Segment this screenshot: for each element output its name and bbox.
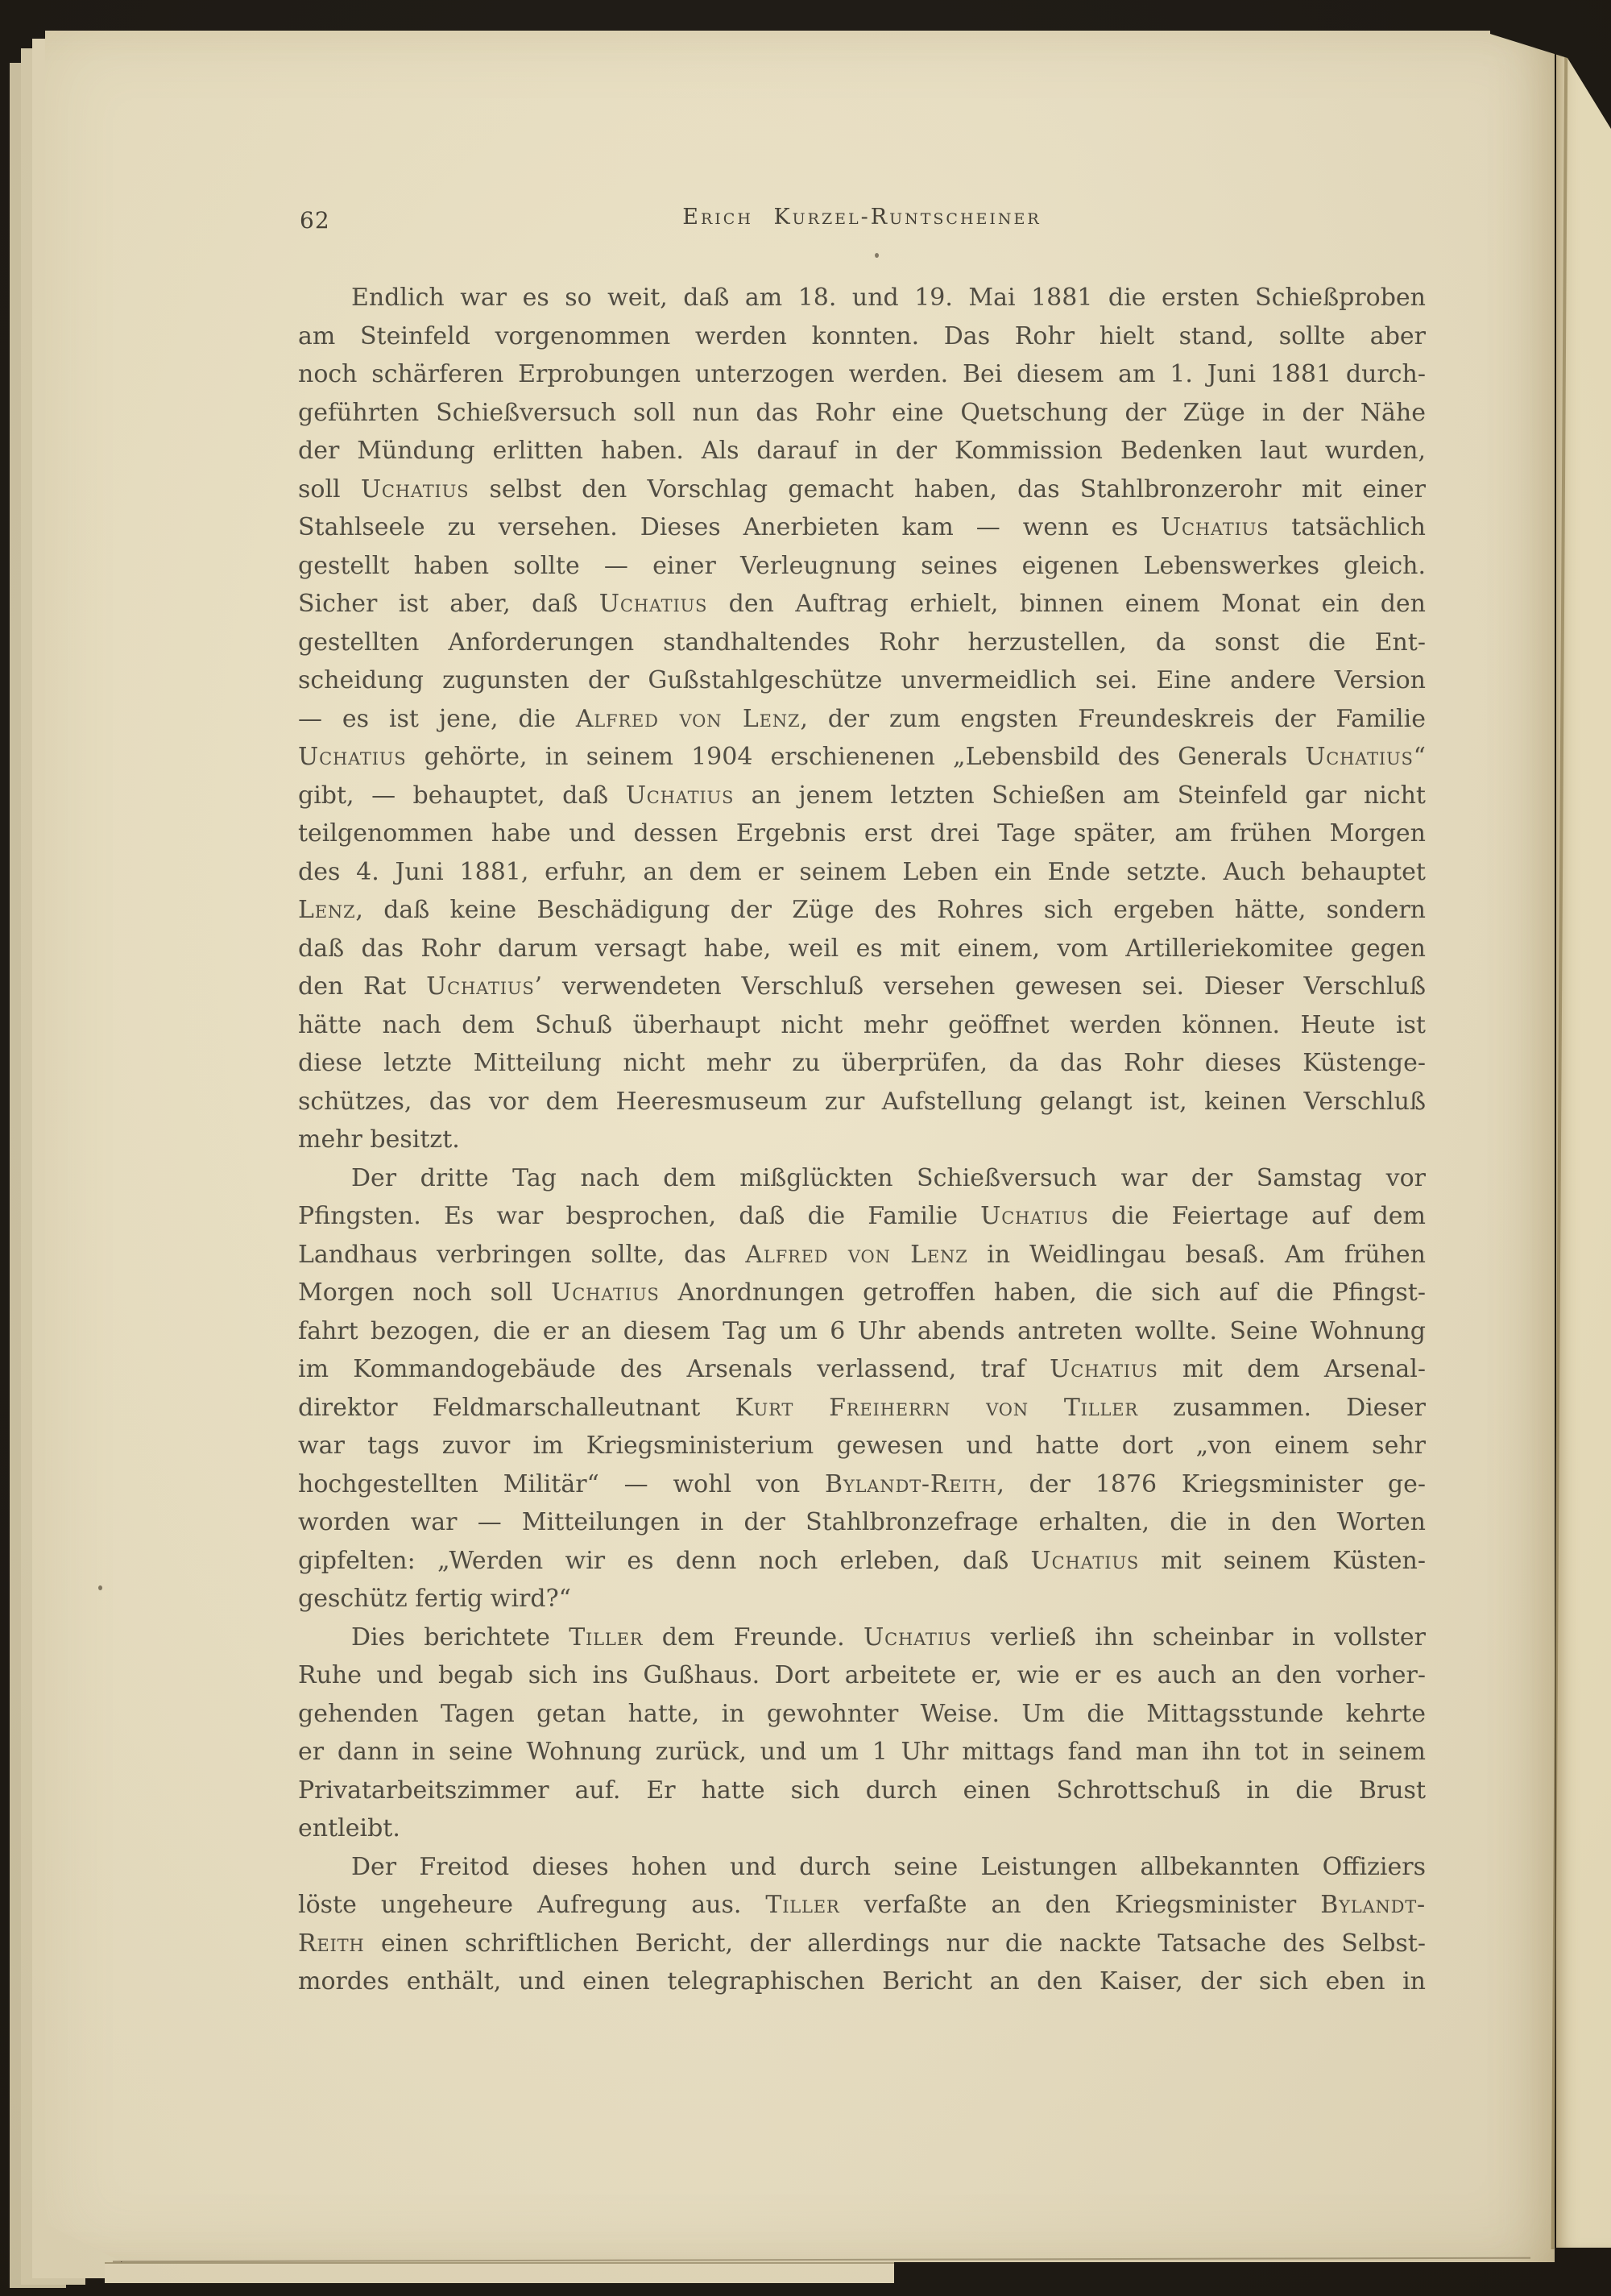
text-segment: am Steinfeld vorgenommen werden konnten.… xyxy=(298,322,1426,350)
text-line: fahrt bezogen, die er an diesem Tag um 6… xyxy=(298,1312,1426,1351)
text-segment: Pfingsten. Es war besprochen, daß die Fa… xyxy=(298,1202,980,1230)
text-segment: den Rat xyxy=(298,972,426,1001)
text-segment: Der Freitod dieses hohen und durch seine… xyxy=(351,1853,1426,1881)
dust-speck xyxy=(98,1585,102,1590)
text-line: Pfingsten. Es war besprochen, daß die Fa… xyxy=(298,1197,1426,1236)
text-line: der Mündung erlitten haben. Als darauf i… xyxy=(298,432,1426,470)
text-segment: geschütz fertig wird?“ xyxy=(298,1585,571,1613)
text-segment: teilgenommen habe und dessen Ergebnis er… xyxy=(298,819,1426,848)
small-caps-name: Uchatius xyxy=(1305,743,1413,771)
text-line: diese letzte Mitteilung nicht mehr zu üb… xyxy=(298,1044,1426,1083)
text-line: soll Uchatius selbst den Vorschlag gemac… xyxy=(298,470,1426,509)
book-page: 62 Erich Kurzel-Runtscheiner Endlich war… xyxy=(45,31,1555,2262)
dust-speck xyxy=(875,253,879,258)
text-segment: , der zum engsten Freundeskreis der Fami… xyxy=(800,705,1426,733)
page-number: 62 xyxy=(300,207,330,234)
text-segment: Sicher ist aber, daß xyxy=(298,590,599,618)
text-line: er dann in seine Wohnung zurück, und um … xyxy=(298,1733,1426,1772)
text-line: gehenden Tagen getan hatte, in gewohnter… xyxy=(298,1695,1426,1734)
text-segment: — es ist jene, die xyxy=(298,705,576,733)
small-caps-name: Bylandt- xyxy=(1320,1891,1426,1919)
text-segment: mehr besitzt. xyxy=(298,1125,460,1154)
text-segment: Landhaus verbringen sollte, das xyxy=(298,1241,745,1269)
small-caps-name: Uchatius xyxy=(599,590,707,618)
text-line: geführten Schießversuch soll nun das Roh… xyxy=(298,394,1426,433)
text-line: hätte nach dem Schuß überhaupt nicht meh… xyxy=(298,1006,1426,1045)
book-photo-scene: { "colors":{"paper":"#ece3c5","backgroun… xyxy=(0,0,1611,2296)
text-segment: fahrt bezogen, die er an diesem Tag um 6… xyxy=(298,1317,1426,1345)
text-line: im Kommandogebäude des Arsenals verlasse… xyxy=(298,1350,1426,1389)
text-segment: entleibt. xyxy=(298,1814,400,1842)
text-segment: Morgen noch soll xyxy=(298,1279,551,1307)
text-line: daß das Rohr darum versagt habe, weil es… xyxy=(298,930,1426,968)
running-header: Erich Kurzel-Runtscheiner xyxy=(682,205,1041,230)
text-segment: mordes enthält, und einen telegraphische… xyxy=(298,1967,1426,1996)
text-segment: Anordnungen getroffen haben, die sich au… xyxy=(660,1279,1426,1307)
text-segment: im Kommandogebäude des Arsenals verlasse… xyxy=(298,1355,1050,1383)
text-line: Landhaus verbringen sollte, das Alfred v… xyxy=(298,1236,1426,1274)
small-caps-name: Uchatius xyxy=(1050,1355,1158,1383)
text-segment: mit seinem Küsten- xyxy=(1139,1547,1426,1575)
text-segment: Dies berichtete xyxy=(351,1623,569,1652)
text-segment: den Auftrag erhielt, binnen einem Monat … xyxy=(707,590,1426,618)
text-segment: gibt, — behauptet, daß xyxy=(298,781,626,810)
text-segment: worden war — Mitteilungen in der Stahlbr… xyxy=(298,1508,1426,1536)
text-line: gibt, — behauptet, daß Uchatius an jenem… xyxy=(298,777,1426,815)
text-line: den Rat Uchatius’ verwendeten Verschluß … xyxy=(298,968,1426,1006)
text-line: Stahlseele zu versehen. Dieses Anerbiete… xyxy=(298,508,1426,547)
text-line: Uchatius gehörte, in seinem 1904 erschie… xyxy=(298,738,1426,777)
text-segment: , daß keine Beschädigung der Züge des Ro… xyxy=(355,896,1426,924)
text-segment: hätte nach dem Schuß überhaupt nicht meh… xyxy=(298,1011,1426,1039)
text-line: Lenz, daß keine Beschädigung der Züge de… xyxy=(298,891,1426,930)
small-caps-name: Bylandt-Reith xyxy=(825,1470,996,1498)
text-segment: tatsächlich xyxy=(1269,513,1426,541)
small-caps-name: Uchatius xyxy=(980,1202,1088,1230)
text-segment: einen schriftlichen Bericht, der allerdi… xyxy=(365,1929,1426,1958)
text-segment: Der dritte Tag nach dem mißglückten Schi… xyxy=(351,1164,1426,1192)
text-line: mordes enthält, und einen telegraphische… xyxy=(298,1962,1426,2001)
text-segment: Privatarbeitszimmer auf. Er hatte sich d… xyxy=(298,1776,1426,1805)
text-segment: selbst den Vorschlag gemacht haben, das … xyxy=(469,475,1426,504)
text-segment: soll xyxy=(298,475,361,504)
text-segment: gipfelten: „Werden wir es denn noch erle… xyxy=(298,1547,1031,1575)
text-segment: gehörte, in seinem 1904 erschienenen „Le… xyxy=(406,743,1305,771)
text-line: Der Freitod dieses hohen und durch seine… xyxy=(298,1848,1426,1887)
text-segment: hochgestellten Militär“ — wohl von xyxy=(298,1470,825,1498)
text-line: gestellten Anforderungen standhaltendes … xyxy=(298,624,1426,662)
small-caps-name: Uchatius xyxy=(1161,513,1269,541)
text-line: entleibt. xyxy=(298,1809,1426,1848)
text-segment: direktor Feldmarschalleutnant xyxy=(298,1394,735,1422)
text-line: direktor Feldmarschalleutnant Kurt Freih… xyxy=(298,1389,1426,1428)
text-segment: war tags zuvor im Kriegsministerium gewe… xyxy=(298,1432,1426,1460)
text-line: war tags zuvor im Kriegsministerium gewe… xyxy=(298,1427,1426,1465)
text-line: gipfelten: „Werden wir es denn noch erle… xyxy=(298,1542,1426,1581)
small-caps-name: Uchatius xyxy=(298,743,406,771)
text-segment: gestellten Anforderungen standhaltendes … xyxy=(298,628,1426,657)
text-segment: , der 1876 Kriegsminister ge- xyxy=(996,1470,1426,1498)
small-caps-name: Tiller xyxy=(765,1891,839,1919)
text-segment: an jenem letzten Schießen am Steinfeld g… xyxy=(734,781,1426,810)
small-caps-name: Alfred von Lenz xyxy=(576,705,801,733)
text-segment: verließ ihn scheinbar in vollster xyxy=(971,1623,1426,1652)
text-segment: Endlich war es so weit, daß am 18. und 1… xyxy=(351,284,1426,312)
text-line: teilgenommen habe und dessen Ergebnis er… xyxy=(298,814,1426,853)
text-segment: löste ungeheure Aufregung aus. xyxy=(298,1891,765,1919)
text-line: geschütz fertig wird?“ xyxy=(298,1580,1426,1618)
text-line: schützes, das vor dem Heeresmuseum zur A… xyxy=(298,1083,1426,1121)
small-caps-name: Uchatius xyxy=(863,1623,971,1652)
text-line: Morgen noch soll Uchatius Anordnungen ge… xyxy=(298,1274,1426,1312)
small-caps-name: Uchatius xyxy=(551,1279,659,1307)
text-segment: schützes, das vor dem Heeresmuseum zur A… xyxy=(298,1088,1426,1116)
text-segment: daß das Rohr darum versagt habe, weil es… xyxy=(298,935,1426,963)
text-line: Reith einen schriftlichen Bericht, der a… xyxy=(298,1925,1426,1963)
small-caps-name: Alfred von Lenz xyxy=(745,1241,967,1269)
text-segment: mit dem Arsenal- xyxy=(1158,1355,1426,1383)
text-segment: ’ verwendeten Verschluß versehen gewesen… xyxy=(535,972,1426,1001)
text-segment: die Feiertage auf dem xyxy=(1089,1202,1426,1230)
page-edge-bottom xyxy=(105,2262,894,2283)
text-line: mehr besitzt. xyxy=(298,1121,1426,1159)
text-segment: er dann in seine Wohnung zurück, und um … xyxy=(298,1738,1426,1766)
text-line: am Steinfeld vorgenommen werden konnten.… xyxy=(298,317,1426,356)
text-line: Ruhe und begab sich ins Gußhaus. Dort ar… xyxy=(298,1656,1426,1695)
small-caps-name: Lenz xyxy=(298,896,355,924)
text-line: gestellt haben sollte — einer Verleugnun… xyxy=(298,547,1426,586)
text-segment: diese letzte Mitteilung nicht mehr zu üb… xyxy=(298,1049,1426,1077)
text-segment: gehenden Tagen getan hatte, in gewohnter… xyxy=(298,1700,1426,1728)
text-segment: noch schärferen Erprobungen unterzogen w… xyxy=(298,360,1426,388)
page-text: Endlich war es so weit, daß am 18. und 1… xyxy=(298,279,1426,2001)
text-line: hochgestellten Militär“ — wohl von Bylan… xyxy=(298,1465,1426,1504)
text-line: des 4. Juni 1881, erfuhr, an dem er sein… xyxy=(298,853,1426,892)
text-line: Dies berichtete Tiller dem Freunde. Ucha… xyxy=(298,1618,1426,1657)
small-caps-name: Uchatius xyxy=(361,475,469,504)
small-caps-name: Uchatius xyxy=(626,781,734,810)
text-segment: Stahlseele zu versehen. Dieses Anerbiete… xyxy=(298,513,1161,541)
small-caps-name: Tiller xyxy=(569,1623,643,1652)
text-segment: verfaßte an den Kriegsminister xyxy=(840,1891,1321,1919)
text-segment: des 4. Juni 1881, erfuhr, an dem er sein… xyxy=(298,858,1426,886)
text-line: Sicher ist aber, daß Uchatius den Auftra… xyxy=(298,585,1426,624)
text-line: Der dritte Tag nach dem mißglückten Schi… xyxy=(298,1159,1426,1198)
text-line: löste ungeheure Aufregung aus. Tiller ve… xyxy=(298,1886,1426,1925)
text-segment: “ xyxy=(1414,743,1426,771)
page-header: 62 Erich Kurzel-Runtscheiner xyxy=(298,205,1426,237)
small-caps-name: Uchatius xyxy=(1031,1547,1139,1575)
small-caps-name: Uchatius xyxy=(426,972,534,1001)
text-segment: zusammen. Dieser xyxy=(1138,1394,1426,1422)
text-segment: gestellt haben sollte — einer Verleugnun… xyxy=(298,552,1426,580)
text-line: — es ist jene, die Alfred von Lenz, der … xyxy=(298,700,1426,739)
text-line: scheidung zugunsten der Gußstahlgeschütz… xyxy=(298,661,1426,700)
text-segment: scheidung zugunsten der Gußstahlgeschütz… xyxy=(298,666,1426,694)
text-line: worden war — Mitteilungen in der Stahlbr… xyxy=(298,1503,1426,1542)
text-segment: Ruhe und begab sich ins Gußhaus. Dort ar… xyxy=(298,1661,1426,1689)
text-line: noch schärferen Erprobungen unterzogen w… xyxy=(298,355,1426,394)
text-segment: in Weidlingau besaß. Am frühen xyxy=(968,1241,1426,1269)
text-line: Endlich war es so weit, daß am 18. und 1… xyxy=(298,279,1426,317)
small-caps-name: Reith xyxy=(298,1929,365,1958)
text-line: Privatarbeitszimmer auf. Er hatte sich d… xyxy=(298,1772,1426,1810)
text-segment: der Mündung erlitten haben. Als darauf i… xyxy=(298,437,1426,465)
small-caps-name: Kurt Freiherrn von Tiller xyxy=(735,1394,1138,1422)
text-segment: dem Freunde. xyxy=(643,1623,863,1652)
text-segment: geführten Schießversuch soll nun das Roh… xyxy=(298,399,1426,427)
